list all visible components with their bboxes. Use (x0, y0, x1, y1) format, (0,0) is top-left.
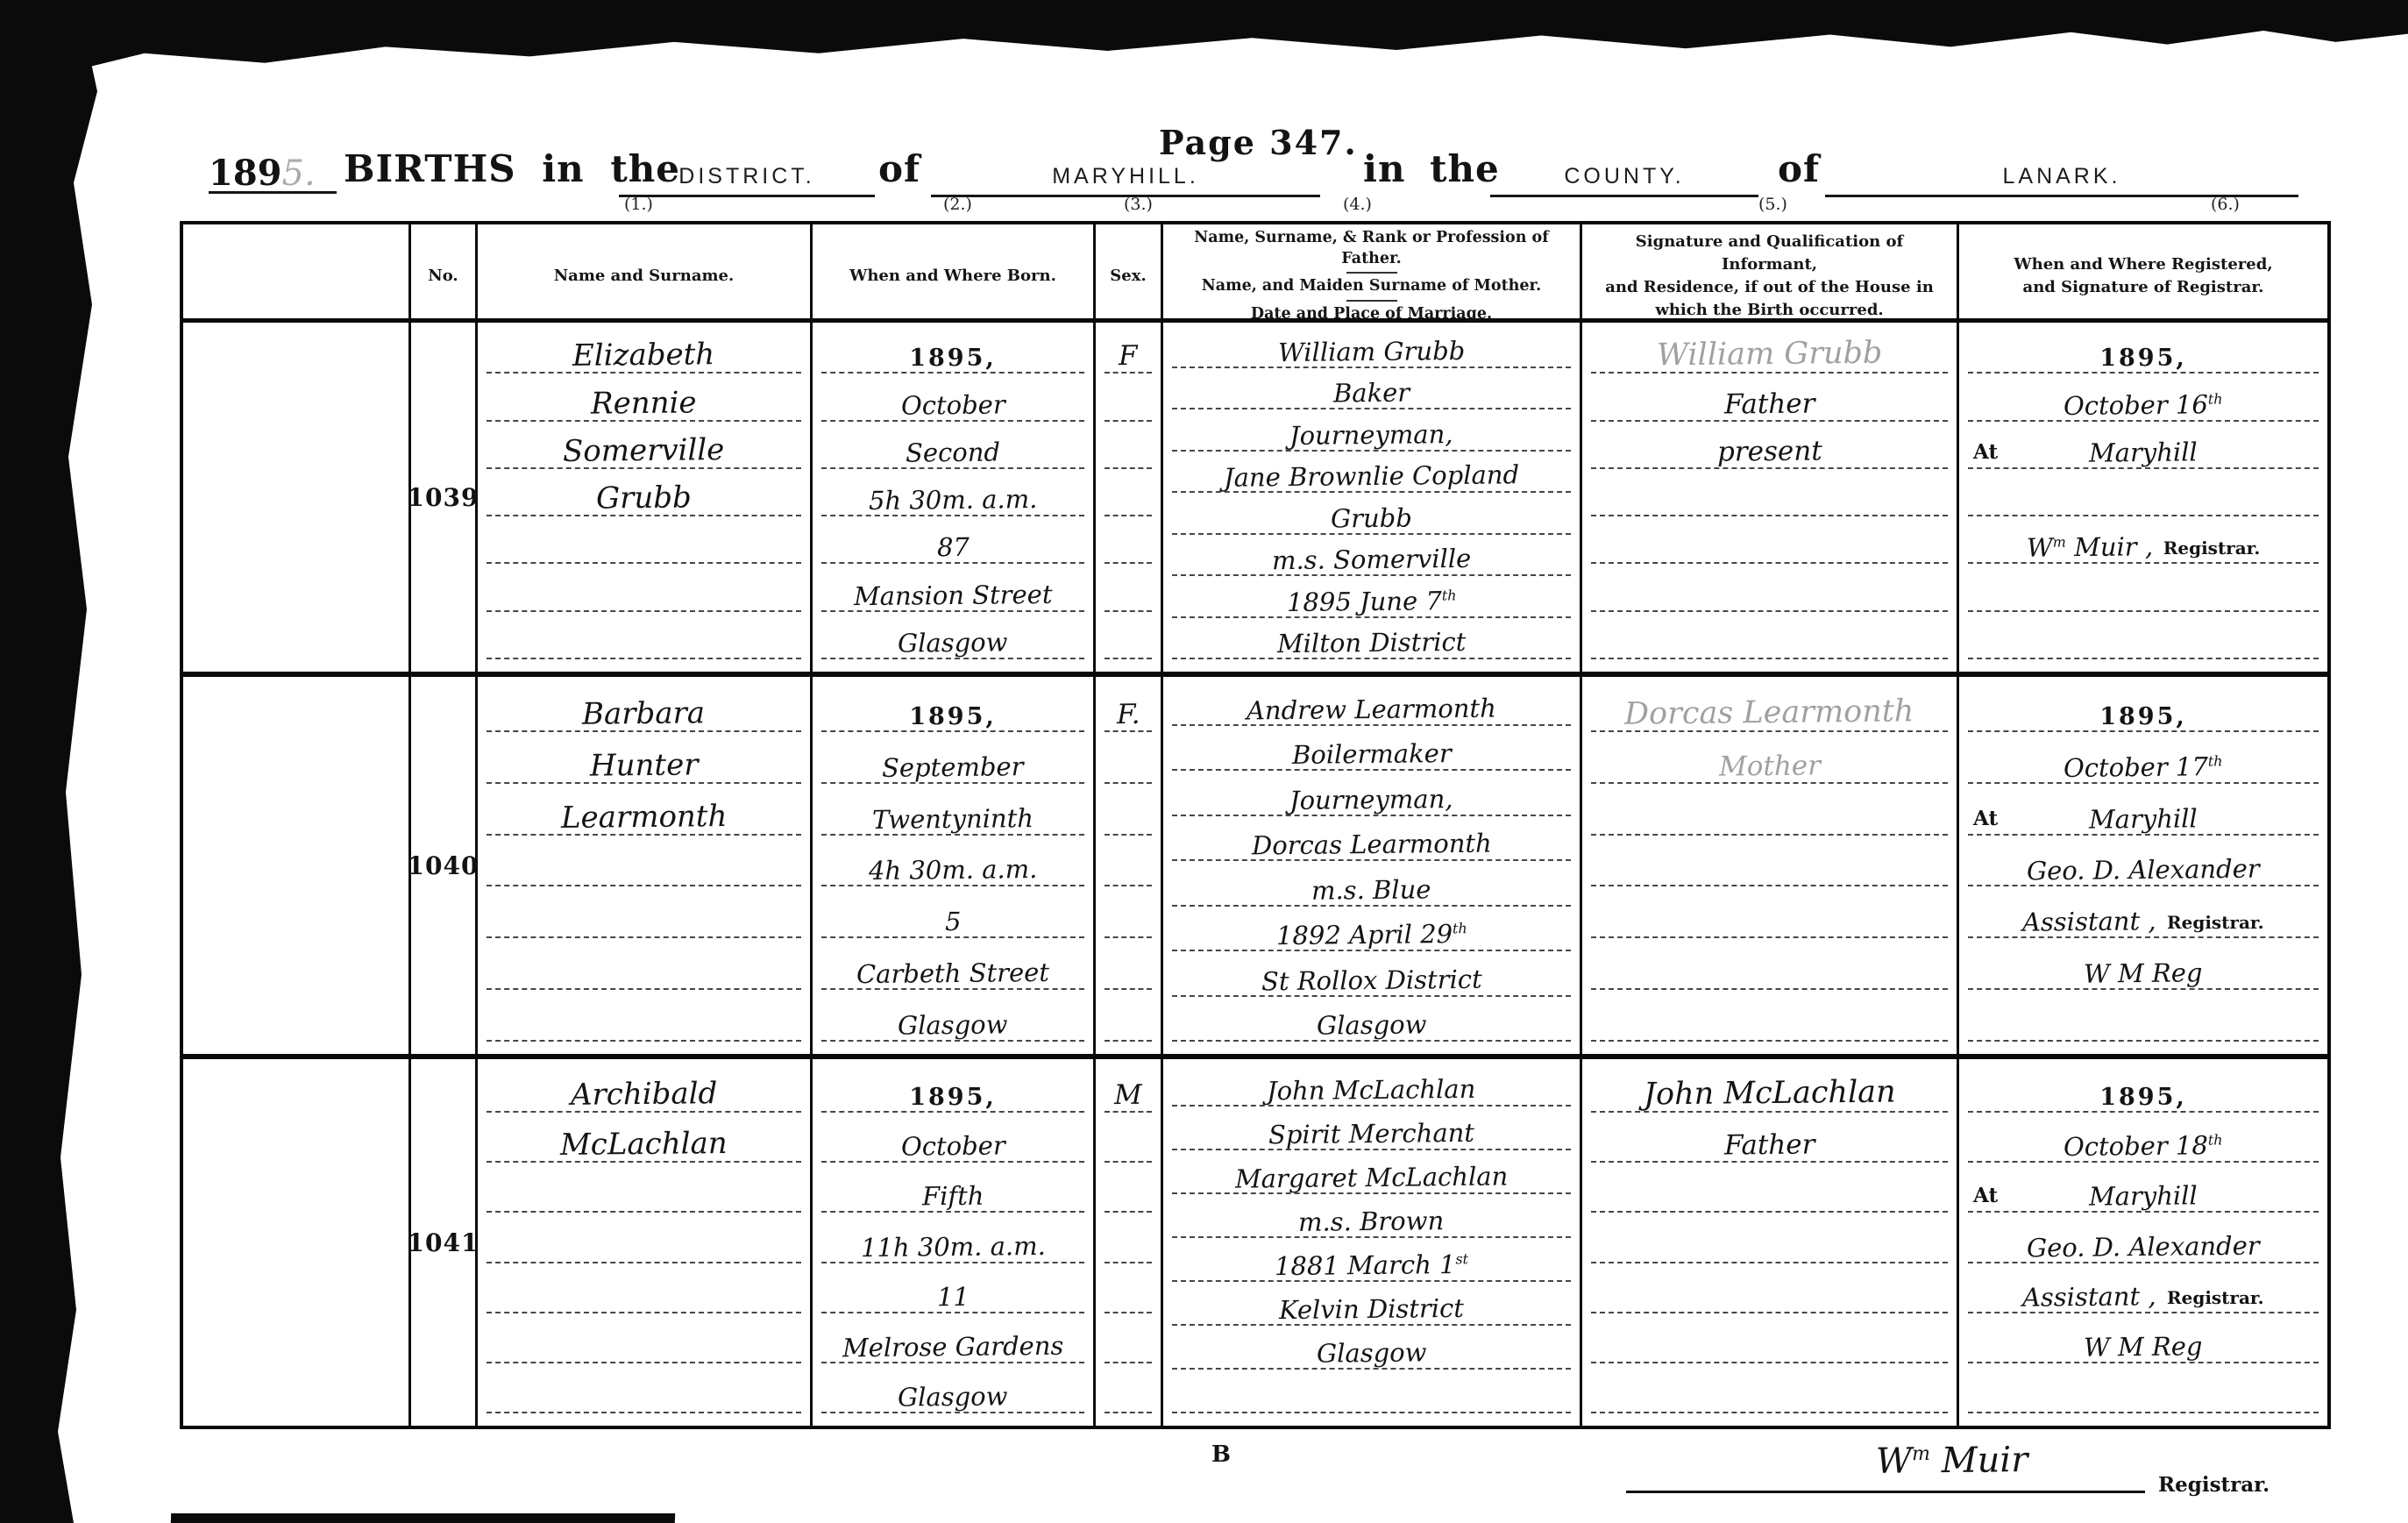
handwriting: Geo. D. Alexander (2027, 857, 2260, 886)
registered-line: Assistant ,Registrar. (1968, 886, 2319, 938)
handwriting: Glasgow (898, 630, 1008, 658)
handwriting: John McLachlan (1644, 1078, 1896, 1113)
scan-artifact-bottom-strip (171, 1513, 675, 1523)
born-line: Glasgow (821, 1363, 1084, 1413)
column-ref-2: (2.) (943, 195, 972, 214)
sex-line: M (1105, 1063, 1152, 1113)
informant-line (1591, 516, 1948, 564)
parents-line: m.s. Blue (1172, 861, 1571, 907)
handwriting: St Rollox District (1261, 966, 1481, 996)
cell-name-1039: ElizabethRennieSomervilleGrubb (478, 323, 813, 672)
cell-name-1040: BarbaraHunterLearmonth (478, 677, 813, 1054)
handwriting: Father (1724, 1132, 1815, 1162)
registered-line (1968, 1363, 2319, 1413)
header-informant-line3: which the Birth occurred. (1655, 299, 1883, 322)
handwriting: 1895, (909, 705, 997, 730)
handwriting: 87 (936, 535, 969, 562)
sex-line (1105, 1363, 1152, 1413)
handwriting: Boilermaker (1291, 741, 1451, 770)
born-line: Fifth (821, 1163, 1084, 1213)
year-prefix: 189 (209, 156, 282, 191)
handwriting: Glasgow (898, 1012, 1008, 1040)
cell-sex-1041: M (1096, 1059, 1163, 1426)
registered-line: October 17th (1968, 732, 2319, 784)
sex-line (1105, 938, 1152, 990)
registered-line: October 18th (1968, 1113, 2319, 1163)
sex-line (1105, 1213, 1152, 1263)
header-parents-line2: Name, and Maiden Surname of Mother. (1202, 276, 1541, 297)
name-line (487, 516, 801, 564)
handwriting: Rennie (591, 388, 697, 420)
registered-line: 1895, (1968, 680, 2319, 732)
informant-line (1591, 784, 1948, 836)
column-ref-6: (6.) (2211, 195, 2240, 214)
handwriting: Carbeth Street (856, 960, 1049, 989)
cell-parents-1040: Andrew LearmonthBoilermakerJourneyman,Do… (1163, 677, 1582, 1054)
parents-line: Glasgow (1172, 997, 1571, 1043)
parents-line: Spirit Merchant (1172, 1107, 1571, 1150)
header-margin-cell (183, 224, 411, 329)
year-suffix-handwritten: 5. (282, 156, 316, 191)
cell-no-1040: 1040 (411, 677, 478, 1054)
printed-registrar-label: Registrar. (2163, 537, 2261, 562)
handwriting: 1895, (2099, 1085, 2187, 1111)
informant-line (1591, 990, 1948, 1042)
handwriting: Learmonth (561, 801, 728, 835)
informant-line (1591, 564, 1948, 611)
informant-line: Dorcas Learmonth (1591, 680, 1948, 732)
registered-line: Wm Muir ,Registrar. (1968, 516, 2319, 564)
sex-line (1105, 374, 1152, 421)
name-line (487, 938, 801, 990)
handwriting: m.s. Brown (1298, 1208, 1444, 1237)
handwriting: 5 (945, 909, 962, 936)
county-value: LANARK. (2003, 164, 2121, 195)
registered-line: W M Reg (1968, 1313, 2319, 1363)
parents-line: 1892 April 29th (1172, 907, 1571, 952)
sex-line (1105, 422, 1152, 469)
handwriting: 1895, (909, 1085, 997, 1111)
header-sex-label: Sex. (1110, 265, 1146, 288)
informant-line (1591, 612, 1948, 659)
born-line: Glasgow (821, 990, 1084, 1042)
handwriting: Dorcas Learmonth (1624, 696, 1914, 731)
header-parents-line1: Name, Surname, & Rank or Profession of F… (1170, 228, 1573, 269)
parents-line: Andrew Learmonth (1172, 680, 1571, 726)
district-value: MARYHILL. (1052, 164, 1199, 195)
handwriting: Glasgow (1317, 1340, 1427, 1368)
handwriting: Baker (1333, 381, 1410, 409)
registered-line: AtMaryhill (1968, 1163, 2319, 1213)
handwriting: Hunter (590, 750, 699, 782)
parents-line: John McLachlan (1172, 1063, 1571, 1107)
handwriting: Assistant , (2022, 908, 2156, 937)
registered-line: Geo. D. Alexander (1968, 836, 2319, 887)
sex-line (1105, 469, 1152, 516)
handwriting: October (900, 1134, 1005, 1162)
name-line: Hunter (487, 732, 801, 784)
parents-line: m.s. Brown (1172, 1194, 1571, 1238)
name-line (487, 1213, 801, 1263)
entry-number: 1041 (408, 1228, 479, 1257)
district-blank: DISTRICT. (619, 140, 875, 197)
header-no: No. (411, 224, 478, 329)
born-line: 1895, (821, 680, 1084, 732)
handwriting: William Grubb (1278, 338, 1466, 367)
cell-sex-1040: F. (1096, 677, 1163, 1054)
header-informant-line1: Signature and Qualification of Informant… (1589, 231, 1950, 276)
name-line (487, 1313, 801, 1363)
name-line: McLachlan (487, 1113, 801, 1163)
handwriting: 1895, (2099, 346, 2187, 372)
cell-informant-1041: John McLachlanFather (1582, 1059, 1959, 1426)
handwriting: October (900, 392, 1005, 420)
born-line: 5h 30m. a.m. (821, 469, 1084, 516)
header-separator-rule (1346, 300, 1397, 302)
name-line (487, 612, 801, 659)
born-line: Second (821, 422, 1084, 469)
handwriting: McLachlan (560, 1128, 728, 1162)
sex-line (1105, 516, 1152, 564)
informant-line (1591, 1213, 1948, 1263)
handwriting: Somerville (563, 435, 725, 468)
handwriting: Wm Muir , (2026, 535, 2152, 564)
handwriting: Elizabeth (572, 339, 715, 373)
header-informant: Signature and Qualification of Informant… (1582, 224, 1959, 329)
sex-line (1105, 1263, 1152, 1313)
name-line: Barbara (487, 680, 801, 732)
born-line: Glasgow (821, 612, 1084, 659)
born-line: October (821, 374, 1084, 421)
sex-line (1105, 784, 1152, 836)
handwriting: October 17th (2063, 754, 2223, 783)
county-label: COUNTY. (1564, 164, 1684, 195)
handwriting: M (1114, 1082, 1142, 1111)
handwriting: 1895 June 7th (1287, 587, 1457, 616)
handwriting: 1895, (909, 346, 997, 372)
registrar-printed-label: Registrar. (2158, 1473, 2269, 1497)
sex-line (1105, 1113, 1152, 1163)
entry-number: 1039 (408, 483, 479, 512)
handwriting: October 18th (2063, 1133, 2223, 1162)
handwriting: present (1716, 438, 1822, 467)
sex-line (1105, 1163, 1152, 1213)
parents-line: Baker (1172, 368, 1571, 410)
sex-line (1105, 564, 1152, 611)
handwriting: 5h 30m. a.m. (869, 487, 1038, 516)
header-parents-line3: Date and Place of Marriage. (1251, 304, 1492, 325)
sex-line: F. (1105, 680, 1152, 732)
registered-line: AtMaryhill (1968, 784, 2319, 836)
informant-line (1591, 1263, 1948, 1313)
name-line (487, 1263, 801, 1313)
sex-line (1105, 612, 1152, 659)
registrar-signature: Wm Muir (1876, 1442, 2028, 1481)
header-no-label: No. (428, 265, 458, 288)
handwriting: F (1119, 343, 1138, 372)
informant-line (1591, 938, 1948, 990)
entry-number: 1040 (408, 851, 479, 880)
registrar-signature-line (1626, 1491, 2145, 1493)
register-table: No. Name and Surname. When and Where Bor… (180, 221, 2331, 1429)
handwriting: Archibald (571, 1078, 718, 1112)
handwriting: Journeyman, (1289, 786, 1453, 815)
name-line: Archibald (487, 1063, 801, 1113)
cell-margin-1039 (183, 323, 411, 672)
header-informant-line2: and Residence, if out of the House in (1605, 276, 1934, 299)
header-born-label: When and Where Born. (849, 265, 1056, 288)
informant-line (1591, 836, 1948, 887)
born-line: 87 (821, 516, 1084, 564)
cell-no-1039: 1039 (411, 323, 478, 672)
cell-registered-1039: 1895,October 16thAtMaryhillWm Muir ,Regi… (1959, 323, 2327, 672)
registered-line: AtMaryhill (1968, 422, 2319, 469)
column-ref-5: (5.) (1758, 195, 1787, 214)
born-line: 1895, (821, 1063, 1084, 1113)
handwriting: Margaret McLachlan (1235, 1164, 1509, 1193)
parents-line: Glasgow (1172, 1326, 1571, 1370)
name-line (487, 886, 801, 938)
born-line: 11 (821, 1263, 1084, 1313)
sex-line (1105, 1313, 1152, 1363)
handwriting: Father (1724, 390, 1815, 420)
informant-line (1591, 1363, 1948, 1413)
cell-no-1041: 1041 (411, 1059, 478, 1426)
county-blank: COUNTY. (1490, 140, 1758, 197)
name-line: Grubb (487, 469, 801, 516)
informant-line (1591, 886, 1948, 938)
header-parents: Name, Surname, & Rank or Profession of F… (1163, 224, 1582, 329)
column-ref-4: (4.) (1343, 195, 1372, 214)
table-header-row: No. Name and Surname. When and Where Bor… (183, 224, 2327, 323)
handwriting: 1895, (2099, 705, 2187, 730)
parents-line: Grubb (1172, 493, 1571, 535)
born-line: September (821, 732, 1084, 784)
header-registered: When and Where Registered, and Signature… (1959, 224, 2327, 329)
registered-line (1968, 990, 2319, 1042)
record-row-1039: 1039ElizabethRennieSomervilleGrubb1895,O… (183, 323, 2327, 677)
header-separator-rule (1346, 272, 1397, 274)
informant-line: Father (1591, 374, 1948, 421)
name-line (487, 564, 801, 611)
name-line (487, 836, 801, 887)
handwriting: m.s. Somerville (1272, 546, 1472, 575)
handwriting: Journeyman, (1289, 422, 1453, 451)
name-line (487, 990, 801, 1042)
name-line: Rennie (487, 374, 801, 421)
column-ref-3: (3.) (1124, 195, 1153, 214)
handwriting: m.s. Blue (1311, 877, 1431, 905)
handwriting: Barbara (582, 698, 705, 730)
header-name: Name and Surname. (478, 224, 813, 329)
handwriting: 1881 March 1st (1275, 1252, 1468, 1281)
born-line: 1895, (821, 326, 1084, 374)
cell-margin-1041 (183, 1059, 411, 1426)
header-born: When and Where Born. (813, 224, 1096, 329)
handwriting: Geo. D. Alexander (2027, 1233, 2260, 1263)
sex-line (1105, 732, 1152, 784)
printed-registrar-label: Registrar. (2167, 1287, 2264, 1312)
registered-line (1968, 612, 2319, 659)
name-line: Somerville (487, 422, 801, 469)
handwriting: Dorcas Learmonth (1251, 831, 1491, 861)
informant-line: Father (1591, 1113, 1948, 1163)
cell-name-1041: ArchibaldMcLachlan (478, 1059, 813, 1426)
name-line: Elizabeth (487, 326, 801, 374)
title-of-2: of (1778, 147, 1820, 190)
born-line: Carbeth Street (821, 938, 1084, 990)
handwriting: Maryhill (2089, 439, 2198, 467)
registered-line: 1895, (1968, 1063, 2319, 1113)
born-line: October (821, 1113, 1084, 1163)
handwriting: 11 (936, 1285, 969, 1312)
handwriting: John McLachlan (1267, 1077, 1476, 1106)
sex-line (1105, 886, 1152, 938)
born-line: 5 (821, 886, 1084, 938)
parents-line: m.s. Somerville (1172, 535, 1571, 577)
cell-born-1040: 1895,SeptemberTwentyninth4h 30m. a.m.5Ca… (813, 677, 1096, 1054)
record-row-1040: 1040BarbaraHunterLearmonth1895,September… (183, 677, 2327, 1059)
printed-at-label: At (1973, 807, 1998, 830)
sex-line (1105, 990, 1152, 1042)
handwriting: Fifth (922, 1184, 984, 1212)
cell-sex-1039: F (1096, 323, 1163, 672)
registered-line (1968, 564, 2319, 611)
born-line: Melrose Gardens (821, 1313, 1084, 1363)
parents-line: 1881 March 1st (1172, 1238, 1571, 1282)
handwriting: F. (1117, 701, 1140, 730)
printed-at-label: At (1973, 1184, 1998, 1207)
handwriting: Maryhill (2089, 1184, 2198, 1212)
handwriting: Mansion Street (854, 582, 1053, 611)
parents-line: Dorcas Learmonth (1172, 816, 1571, 862)
cell-registered-1041: 1895,October 18thAtMaryhillGeo. D. Alexa… (1959, 1059, 2327, 1426)
header-name-label: Name and Surname. (554, 265, 735, 288)
parents-line: 1895 June 7th (1172, 576, 1571, 618)
handwriting: Twentyninth (872, 806, 1034, 835)
registered-line: October 16th (1968, 374, 2319, 421)
registered-line: W M Reg (1968, 938, 2319, 990)
parents-line: Boilermaker (1172, 726, 1571, 772)
handwriting: Spirit Merchant (1268, 1121, 1474, 1149)
informant-line: Mother (1591, 732, 1948, 784)
printed-at-label: At (1973, 440, 1998, 464)
handwriting: W M Reg (2084, 1334, 2203, 1362)
handwriting: Grubb (1331, 505, 1412, 533)
year-field: 1895. (209, 146, 337, 194)
born-line: 11h 30m. a.m. (821, 1213, 1084, 1263)
handwriting: September (882, 754, 1024, 783)
handwriting: Jane Brownlie Copland (1224, 462, 1519, 493)
parents-line: William Grubb (1172, 326, 1571, 368)
registered-line: 1895, (1968, 326, 2319, 374)
record-row-1041: 1041ArchibaldMcLachlan1895,OctoberFifth1… (183, 1059, 2327, 1426)
informant-line: William Grubb (1591, 326, 1948, 374)
handwriting: Kelvin District (1279, 1296, 1464, 1325)
handwriting: William Grubb (1657, 338, 1883, 374)
handwriting: Assistant , (2022, 1284, 2156, 1313)
scan-artifact-top-band (0, 0, 2408, 81)
informant-line: John McLachlan (1591, 1063, 1948, 1113)
registered-line (1968, 469, 2319, 516)
informant-line (1591, 1313, 1948, 1363)
parents-line: Journeyman, (1172, 409, 1571, 452)
parents-line: Jane Brownlie Copland (1172, 452, 1571, 494)
column-ref-1: (1.) (624, 195, 653, 214)
parents-line (1172, 1370, 1571, 1413)
handwriting: Glasgow (1317, 1012, 1427, 1040)
printed-registrar-label: Registrar. (2167, 912, 2264, 936)
sex-line: F (1105, 326, 1152, 374)
informant-line (1591, 1163, 1948, 1213)
handwriting: Grubb (596, 483, 692, 516)
name-line: Learmonth (487, 784, 801, 836)
sex-line (1105, 836, 1152, 887)
header-registered-line2: and Signature of Registrar. (2023, 276, 2264, 299)
handwriting: Melrose Gardens (842, 1334, 1064, 1363)
registered-line: Geo. D. Alexander (1968, 1213, 2319, 1263)
county-value-blank: LANARK. (1825, 140, 2298, 197)
parents-line: St Rollox District (1172, 951, 1571, 997)
parents-line: Journeyman, (1172, 771, 1571, 816)
handwriting: 11h 30m. a.m. (860, 1233, 1045, 1262)
district-label: DISTRICT. (678, 164, 814, 195)
born-line: Twentyninth (821, 784, 1084, 836)
handwriting: 4h 30m. a.m. (869, 857, 1038, 886)
handwriting: October 16th (2063, 392, 2223, 421)
registered-line: Assistant ,Registrar. (1968, 1263, 2319, 1313)
born-line: 4h 30m. a.m. (821, 836, 1084, 887)
informant-line: present (1591, 422, 1948, 469)
header-registered-line1: When and Where Registered, (2014, 253, 2272, 276)
cell-margin-1040 (183, 677, 411, 1054)
informant-line (1591, 469, 1948, 516)
header-sex: Sex. (1096, 224, 1163, 329)
handwriting: Glasgow (898, 1384, 1008, 1412)
district-value-blank: MARYHILL. (931, 140, 1320, 197)
cell-registered-1040: 1895,October 17thAtMaryhillGeo. D. Alexa… (1959, 677, 2327, 1054)
handwriting: Second (906, 439, 1000, 467)
sheet-mark-b: B (1211, 1441, 1231, 1468)
born-line: Mansion Street (821, 564, 1084, 611)
scan-artifact-left-band (0, 0, 131, 1523)
cell-born-1039: 1895,OctoberSecond5h 30m. a.m.87Mansion … (813, 323, 1096, 672)
handwriting: W M Reg (2084, 960, 2203, 988)
handwriting: 1892 April 29th (1275, 922, 1467, 950)
cell-informant-1040: Dorcas LearmonthMother (1582, 677, 1959, 1054)
name-line (487, 1363, 801, 1413)
cell-parents-1041: John McLachlanSpirit MerchantMargaret Mc… (1163, 1059, 1582, 1426)
parents-line: Margaret McLachlan (1172, 1150, 1571, 1194)
name-line (487, 1163, 801, 1213)
handwriting: Andrew Learmonth (1247, 695, 1496, 725)
records: 1039ElizabethRennieSomervilleGrubb1895,O… (183, 323, 2327, 1426)
scanned-birth-register-page: Page 347. 1895. BIRTHS in the DISTRICT. … (0, 0, 2408, 1523)
handwriting: Milton District (1277, 630, 1467, 658)
title-of-1: of (878, 147, 920, 190)
handwriting: Maryhill (2089, 806, 2198, 834)
cell-born-1041: 1895,OctoberFifth11h 30m. a.m.11Melrose … (813, 1059, 1096, 1426)
cell-informant-1039: William GrubbFatherpresent (1582, 323, 1959, 672)
title-in-the: in the (1363, 147, 1500, 190)
cell-parents-1039: William GrubbBakerJourneyman,Jane Brownl… (1163, 323, 1582, 672)
parents-line: Kelvin District (1172, 1282, 1571, 1326)
parents-line: Milton District (1172, 618, 1571, 660)
handwriting: Mother (1718, 752, 1820, 782)
